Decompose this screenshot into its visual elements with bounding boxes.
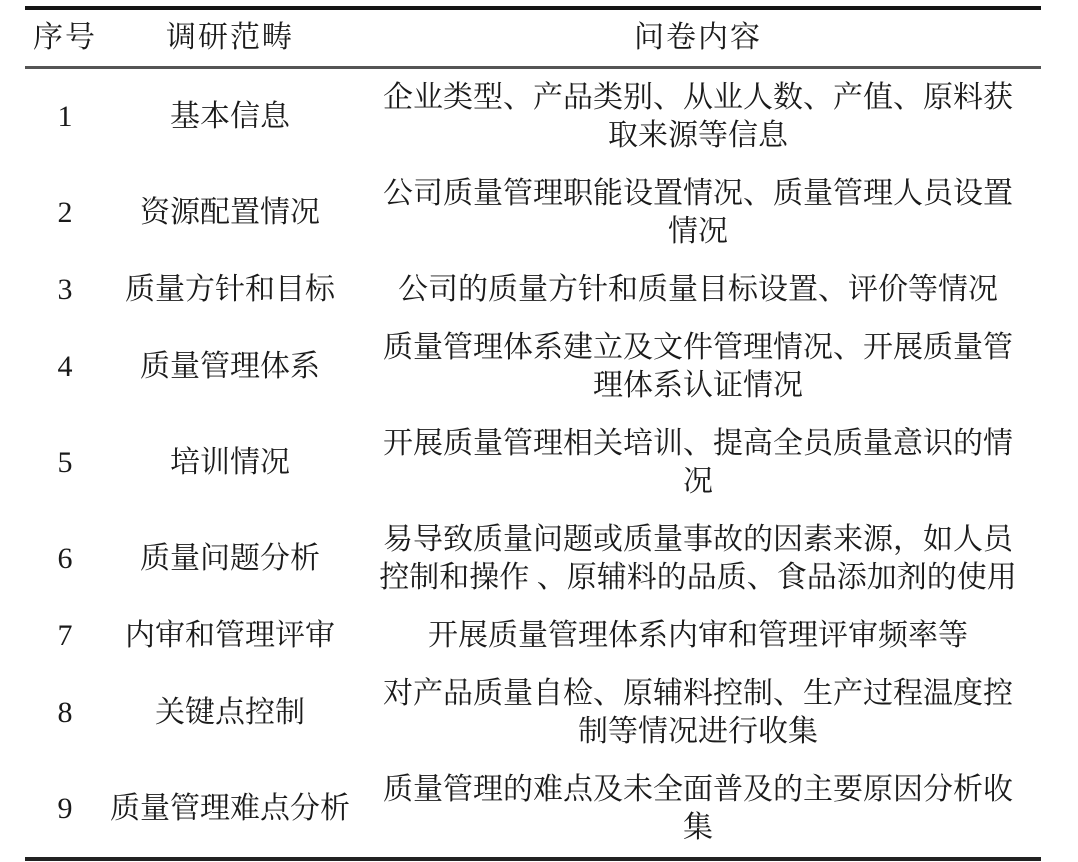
table-header: 序号 调研范畴 问卷内容	[25, 8, 1041, 68]
table-row: 8关键点控制对产品质量自检、原辅料控制、生产过程温度控制等情况进行收集	[25, 665, 1041, 761]
row-category-cell: 基本信息	[105, 68, 355, 166]
row-number-cell: 1	[25, 68, 105, 166]
row-category-cell: 质量方针和目标	[105, 261, 355, 319]
header-row: 序号 调研范畴 问卷内容	[25, 8, 1041, 68]
row-category-cell: 质量问题分析	[105, 511, 355, 607]
row-content-cell: 对产品质量自检、原辅料控制、生产过程温度控制等情况进行收集	[355, 665, 1041, 761]
row-content-cell: 质量管理体系建立及文件管理情况、开展质量管理体系认证情况	[355, 319, 1041, 415]
row-number-cell: 5	[25, 415, 105, 511]
survey-scope-table: 序号 调研范畴 问卷内容 1基本信息企业类型、产品类别、从业人数、产值、原料获取…	[25, 6, 1041, 861]
row-category-cell: 内审和管理评审	[105, 607, 355, 665]
table-row: 2资源配置情况公司质量管理职能设置情况、质量管理人员设置情况	[25, 165, 1041, 261]
table-row: 4质量管理体系质量管理体系建立及文件管理情况、开展质量管理体系认证情况	[25, 319, 1041, 415]
row-content-cell: 企业类型、产品类别、从业人数、产值、原料获取来源等信息	[355, 68, 1041, 166]
column-header-no: 序号	[25, 8, 105, 68]
row-content-cell: 开展质量管理体系内审和管理评审频率等	[355, 607, 1041, 665]
row-content-cell: 质量管理的难点及未全面普及的主要原因分析收集	[355, 761, 1041, 859]
row-content-cell: 公司的质量方针和质量目标设置、评价等情况	[355, 261, 1041, 319]
row-content-cell: 开展质量管理相关培训、提高全员质量意识的情况	[355, 415, 1041, 511]
row-number-cell: 8	[25, 665, 105, 761]
column-header-category: 调研范畴	[105, 8, 355, 68]
row-category-cell: 培训情况	[105, 415, 355, 511]
row-category-cell: 质量管理难点分析	[105, 761, 355, 859]
table-row: 5培训情况开展质量管理相关培训、提高全员质量意识的情况	[25, 415, 1041, 511]
document-page: 序号 调研范畴 问卷内容 1基本信息企业类型、产品类别、从业人数、产值、原料获取…	[0, 0, 1078, 862]
row-number-cell: 3	[25, 261, 105, 319]
column-header-content: 问卷内容	[355, 8, 1041, 68]
table-row: 3质量方针和目标公司的质量方针和质量目标设置、评价等情况	[25, 261, 1041, 319]
row-content-cell: 易导致质量问题或质量事故的因素来源，如人员控制和操作 、原辅料的品质、食品添加剂…	[355, 511, 1041, 607]
row-content-cell: 公司质量管理职能设置情况、质量管理人员设置情况	[355, 165, 1041, 261]
table-row: 7内审和管理评审开展质量管理体系内审和管理评审频率等	[25, 607, 1041, 665]
table-row: 9质量管理难点分析质量管理的难点及未全面普及的主要原因分析收集	[25, 761, 1041, 859]
row-number-cell: 4	[25, 319, 105, 415]
row-category-cell: 资源配置情况	[105, 165, 355, 261]
table-body: 1基本信息企业类型、产品类别、从业人数、产值、原料获取来源等信息2资源配置情况公…	[25, 68, 1041, 860]
row-number-cell: 6	[25, 511, 105, 607]
table-row: 1基本信息企业类型、产品类别、从业人数、产值、原料获取来源等信息	[25, 68, 1041, 166]
row-number-cell: 2	[25, 165, 105, 261]
row-category-cell: 关键点控制	[105, 665, 355, 761]
row-category-cell: 质量管理体系	[105, 319, 355, 415]
row-number-cell: 9	[25, 761, 105, 859]
table-row: 6质量问题分析易导致质量问题或质量事故的因素来源，如人员控制和操作 、原辅料的品…	[25, 511, 1041, 607]
row-number-cell: 7	[25, 607, 105, 665]
